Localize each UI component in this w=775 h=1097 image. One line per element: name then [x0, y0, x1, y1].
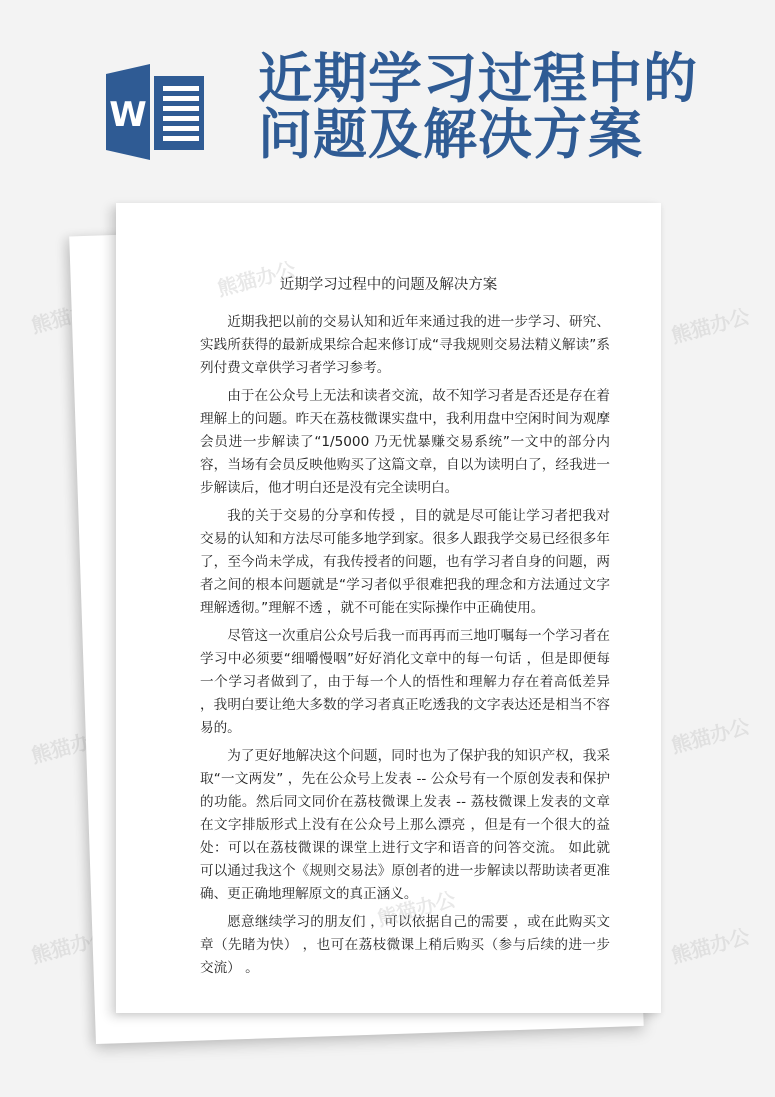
paragraph: 尽管这一次重启公众号后我一而再再而三地叮嘱每一个学习者在学习中必须要“细嚼慢咽”… [200, 625, 610, 740]
header-banner: W 近期学习过程中的 问题及解决方案 [0, 0, 775, 200]
header-title-line1: 近期学习过程中的 [258, 50, 758, 106]
paragraph: 近期我把以前的交易认知和近年来通过我的进一步学习、研究、实践所获得的最新成果综合… [200, 311, 610, 380]
svg-text:W: W [109, 95, 147, 135]
document-title: 近期学习过程中的问题及解决方案 [116, 273, 661, 294]
header-title-line2: 问题及解决方案 [258, 106, 758, 162]
paragraph: 由于在公众号上无法和读者交流，故不知学习者是否还是存在着理解上的问题。昨天在荔枝… [200, 385, 610, 500]
paragraph: 愿意继续学习的朋友们 ，可以依据自己的需要 ，或在此购买文章（先睹为快） ，也可… [200, 911, 610, 980]
watermark: 熊猫办公 [668, 710, 753, 759]
document-body: 近期我把以前的交易认知和近年来通过我的进一步学习、研究、实践所获得的最新成果综合… [200, 311, 610, 985]
header-title: 近期学习过程中的 问题及解决方案 [258, 50, 758, 162]
watermark: 熊猫办公 [668, 920, 753, 969]
paragraph: 为了更好地解决这个问题，同时也为了保护我的知识产权，我采取“一文两发” ，先在公… [200, 745, 610, 906]
document-page: 近期学习过程中的问题及解决方案 近期我把以前的交易认知和近年来通过我的进一步学习… [116, 203, 661, 1013]
watermark: 熊猫办公 [668, 300, 753, 349]
word-document-icon: W [106, 64, 208, 160]
paragraph: 我的关于交易的分享和传授 ，目的就是尽可能让学习者把我对交易的认知和方法尽可能多… [200, 505, 610, 620]
